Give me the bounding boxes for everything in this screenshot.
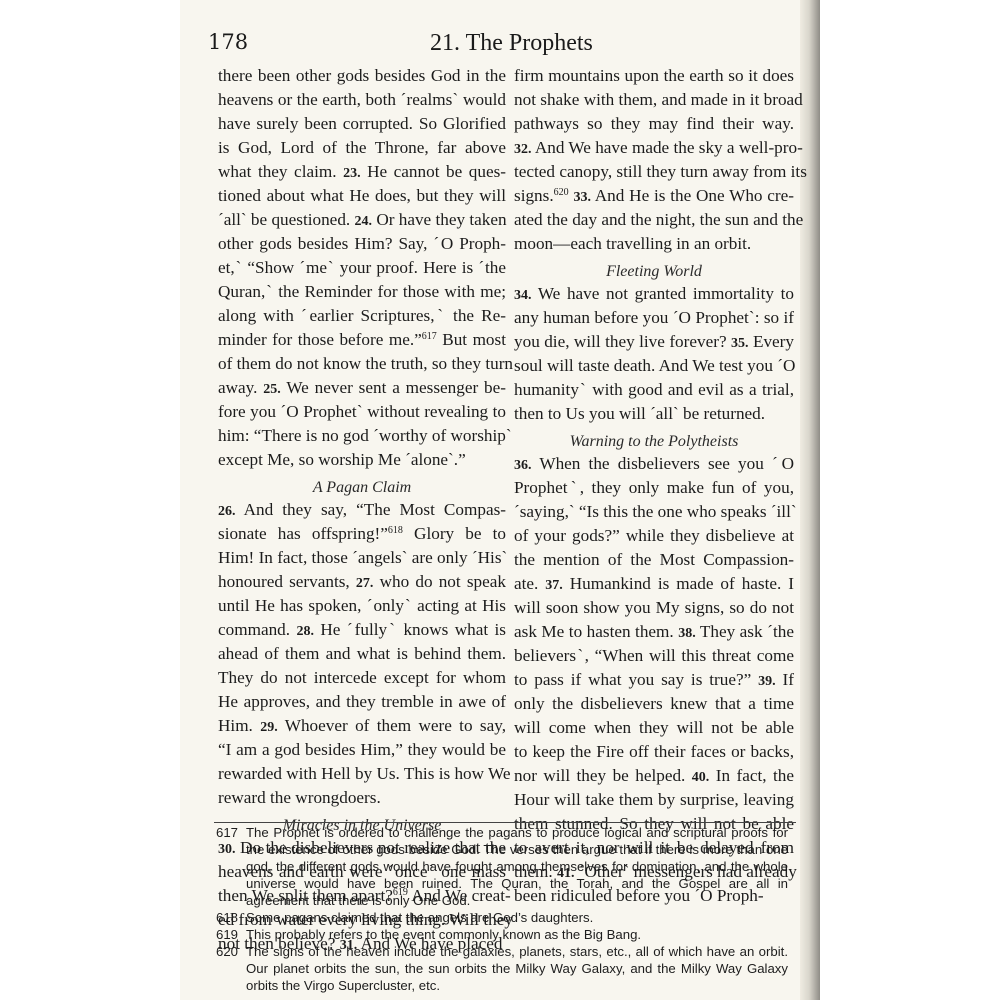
text-line: tioned about what He does, but they will	[218, 184, 506, 208]
text-line: rewarded with Hell by Us. This is how We	[218, 762, 506, 786]
text-line: minder for those before me.”617 But most	[218, 328, 506, 352]
right-block-b: 34. We have not granted immortality toan…	[514, 282, 794, 426]
section-heading-warning-polytheists: Warning to the Polytheists	[514, 430, 794, 452]
text-line: you die, will they live forever? 35. Eve…	[514, 330, 794, 354]
footnote-text: This probably refers to the event common…	[246, 926, 788, 943]
text-line: tected canopy, still they turn away from…	[514, 160, 794, 184]
text-line: not shake with them, and made in it broa…	[514, 88, 794, 112]
right-text-column: firm mountains upon the earth so it does…	[514, 64, 794, 908]
text-line: ask Me to hasten them. 38. They ask ˊthe	[514, 620, 794, 644]
text-line: Prophetˋ, they only make fun of you,	[514, 476, 794, 500]
text-line: along with ˊearlier Scriptures,ˋ the Re-	[218, 304, 506, 328]
text-line: Him! In fact, those ˊangelsˋ are only ˊH…	[218, 546, 506, 570]
footnote-620: 620The signs of the heaven include the g…	[216, 943, 788, 994]
text-line: other gods besides Him? Say, ˊO Proph-	[218, 232, 506, 256]
section-heading-pagan-claim: A Pagan Claim	[218, 476, 506, 498]
footnote-619: 619This probably refers to the event com…	[216, 926, 788, 943]
text-line: nor will they be helped. 40. In fact, th…	[514, 764, 794, 788]
right-block-a: firm mountains upon the earth so it does…	[514, 64, 794, 256]
footnote-number: 619	[216, 926, 246, 943]
footnote-number: 620	[216, 943, 246, 994]
text-line: 34. We have not granted immortality to	[514, 282, 794, 306]
text-line: to pass if what you say is true?” 39. If	[514, 668, 794, 692]
text-line: believersˋ, “When will this threat come	[514, 644, 794, 668]
text-line: will soon show you My signs, so do not	[514, 596, 794, 620]
text-line: the mention of the Most Compassion-	[514, 548, 794, 572]
page-number: 178	[208, 30, 248, 54]
text-line: et,ˋ “Show ˊmeˋ your proof. Here is ˊthe	[218, 256, 506, 280]
footnote-617: 617The Prophet is ordered to challenge t…	[216, 824, 788, 909]
text-line: humanityˋ with good and evil as a trial,	[514, 378, 794, 402]
text-line: ˊsaying,ˋ “Is this the one who speaks ˊi…	[514, 500, 794, 524]
text-line: Hour will take them by surprise, leaving	[514, 788, 794, 812]
footnote-divider	[214, 822, 796, 823]
text-line: soul will taste death. And We test you ˊ…	[514, 354, 794, 378]
text-line: only the disbelievers knew that a time	[514, 692, 794, 716]
text-line: until He has spoken, ˊonlyˋ acting at Hi…	[218, 594, 506, 618]
chapter-title: 21. The Prophets	[430, 30, 593, 57]
text-line: They do not intercede except for whom	[218, 666, 506, 690]
text-line: fore you ˊO Prophetˋ without revealing t…	[218, 400, 506, 424]
text-line: except Me, so worship Me ˊaloneˋ.”	[218, 448, 506, 472]
footnote-text: Some pagans claimed that the angels are …	[246, 909, 788, 926]
text-line: moon—each travelling in an orbit.	[514, 232, 794, 256]
text-line: honoured servants, 27. who do not speak	[218, 570, 506, 594]
text-line: Quran,ˋ the Reminder for those with me;	[218, 280, 506, 304]
left-block-a: there been other gods besides God in the…	[218, 64, 506, 472]
text-line: ate. 37. Humankind is made of haste. I	[514, 572, 794, 596]
footnote-number: 617	[216, 824, 246, 909]
text-line: ated the day and the night, the sun and …	[514, 208, 794, 232]
text-line: signs.620 33. And He is the One Who cre-	[514, 184, 794, 208]
text-line: to keep the Fire off their faces or back…	[514, 740, 794, 764]
text-line: sionate has offspring!”618 Glory be to	[218, 522, 506, 546]
footnote-text: The signs of the heaven include the gala…	[246, 943, 788, 994]
text-line: will come when they will not be able	[514, 716, 794, 740]
text-line: command. 28. He ˊfullyˋ knows what is	[218, 618, 506, 642]
text-line: “I am a god besides Him,” they would be	[218, 738, 506, 762]
text-line: ahead of them and what is behind them.	[218, 642, 506, 666]
footnote-number: 618	[216, 909, 246, 926]
text-line: ˊallˋ be questioned. 24. Or have they ta…	[218, 208, 506, 232]
left-block-b: 26. And they say, “The Most Compas-siona…	[218, 498, 506, 810]
text-line: 26. And they say, “The Most Compas-	[218, 498, 506, 522]
text-line: He approves, and they tremble in awe of	[218, 690, 506, 714]
text-line: away. 25. We never sent a messenger be-	[218, 376, 506, 400]
text-line: then to Us you will ˊallˋ be returned.	[514, 402, 794, 426]
text-line: him: “There is no god ˊworthy of worship…	[218, 424, 506, 448]
text-line: of them do not know the truth, so they t…	[218, 352, 506, 376]
text-line: reward the wrongdoers.	[218, 786, 506, 810]
footnotes: 617The Prophet is ordered to challenge t…	[216, 824, 788, 994]
text-line: is God, Lord of the Throne, far above	[218, 136, 506, 160]
running-head: 178 21. The Prophets	[208, 30, 798, 60]
text-line: 36. When the disbelievers see you ˊO	[514, 452, 794, 476]
text-line: 32. And We have made the sky a well-pro-	[514, 136, 794, 160]
text-line: heavens or the earth, both ˊrealmsˋ woul…	[218, 88, 506, 112]
text-line: any human before you ˊO Prophetˋ: so if	[514, 306, 794, 330]
text-line: there been other gods besides God in the	[218, 64, 506, 88]
footnote-618: 618Some pagans claimed that the angels a…	[216, 909, 788, 926]
footnote-text: The Prophet is ordered to challenge the …	[246, 824, 788, 909]
page-gutter-shadow	[800, 0, 820, 1000]
section-heading-fleeting-world: Fleeting World	[514, 260, 794, 282]
text-line: firm mountains upon the earth so it does	[514, 64, 794, 88]
text-line: Him. 29. Whoever of them were to say,	[218, 714, 506, 738]
text-line: pathways so they may find their way.	[514, 112, 794, 136]
text-line: have surely been corrupted. So Glorified	[218, 112, 506, 136]
text-line: of your gods?” while they disbelieve at	[514, 524, 794, 548]
text-line: what they claim. 23. He cannot be ques-	[218, 160, 506, 184]
